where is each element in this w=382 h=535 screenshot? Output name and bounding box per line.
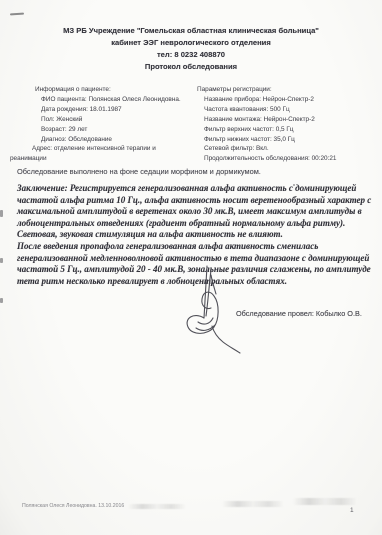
scan-artifact	[222, 501, 284, 507]
registration-params-section: Параметры регистрации: Название прибора:…	[197, 85, 336, 164]
scan-artifact	[128, 504, 186, 509]
conclusion-paragraph-1: Заключение: Регистрируется генерализован…	[17, 183, 373, 241]
patient-sex-line: Пол: Женский	[41, 115, 181, 125]
scan-artifact	[293, 498, 357, 505]
patient-address-wrap: реанимации	[10, 154, 181, 164]
scanned-protocol-page: МЗ РБ Учреждение "Гомельская областная к…	[0, 0, 382, 535]
scan-artifact	[0, 210, 3, 217]
protocol-title: Протокол обследования	[0, 61, 382, 73]
phone-line: тел: 8 0232 408870	[0, 49, 382, 61]
department-line: кабинет ЭЭГ неврологического отделения	[0, 37, 382, 49]
notch-filter-line: Сетевой фильтр: Вкл.	[204, 144, 336, 154]
highpass-filter-line: Фильтр верхних частот: 0,5 Гц	[204, 125, 336, 135]
patient-age-line: Возраст: 29 лет	[41, 125, 181, 135]
patient-diagnosis-line: Диагноз: Обследование	[41, 135, 181, 145]
device-name-line: Название прибора: Нейрон-Спектр-2	[204, 95, 336, 105]
scan-artifact	[293, 184, 295, 186]
patient-birthdate-line: Дата рождения: 18.01.1987	[41, 105, 181, 115]
conclusion-text-1: Регистрируется генерализованная альфа ак…	[17, 183, 371, 239]
duration-line: Продолжительность обследования: 00:20:21	[204, 154, 336, 164]
footer-patient-stamp: Полянская Олеся Леонидовна. 13.10.2016	[22, 503, 124, 509]
sedation-note: Обследование выполнено на фоне седации м…	[17, 167, 261, 176]
scan-artifact	[0, 298, 3, 303]
registration-title: Параметры регистрации:	[197, 85, 336, 95]
examiner-line: Обследование провел: Кобылко О.В.	[236, 309, 362, 318]
patient-info-title: Информация о пациенте:	[35, 85, 181, 95]
org-name: МЗ РБ Учреждение "Гомельская областная к…	[0, 25, 382, 37]
scan-artifact	[10, 13, 24, 16]
patient-address-line: Адрес: отделение интенсивной терапии и	[32, 144, 181, 154]
scan-artifact	[0, 258, 3, 263]
signature-scribble-icon	[178, 260, 248, 355]
document-header: МЗ РБ Учреждение "Гомельская областная к…	[0, 25, 382, 73]
montage-name-line: Название монтажа: Нейрон-Спектр-2	[204, 115, 336, 125]
lowpass-filter-line: Фильтр нижних частот: 35,0 Гц	[204, 135, 336, 145]
conclusion-label: Заключение:	[17, 183, 68, 193]
patient-name-line: ФИО пациента: Полянская Олеся Леонидовна…	[41, 95, 181, 105]
sampling-rate-line: Частота квантования: 500 Гц	[204, 105, 336, 115]
page-number: 1	[350, 507, 354, 514]
patient-info-section: Информация о пациенте: ФИО пациента: Пол…	[10, 85, 181, 164]
